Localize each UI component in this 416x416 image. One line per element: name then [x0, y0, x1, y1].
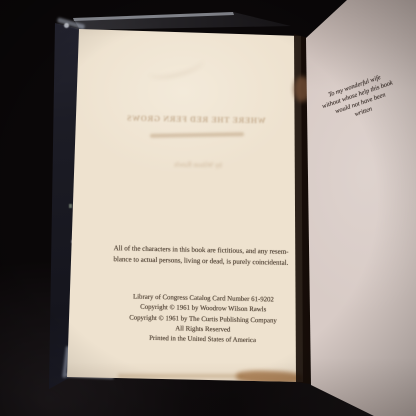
plastic-speck-topleft: [64, 23, 69, 28]
show-through-subtitle-blur: [150, 132, 244, 138]
page-smudge-mark: [147, 51, 206, 82]
show-through-author-text: by Wilson Rawls: [160, 160, 236, 169]
fiction-disclaimer: All of the characters in this book are f…: [88, 243, 314, 269]
plastic-speck-left-edge-1: [69, 204, 72, 208]
page-bottom-tan-line: [118, 374, 243, 378]
copyright-imprint-block: Library of Congress Catalog Card Number …: [97, 292, 308, 348]
book-photo-scene: WHERE THE RED FERN GROWS by Wilson Rawls…: [0, 0, 416, 416]
show-through-title-text: WHERE THE RED FERN GROWS: [116, 114, 276, 126]
dedication-text: To my wonderful wife without whose help …: [313, 68, 404, 129]
page-bottom-stain: [236, 370, 304, 385]
